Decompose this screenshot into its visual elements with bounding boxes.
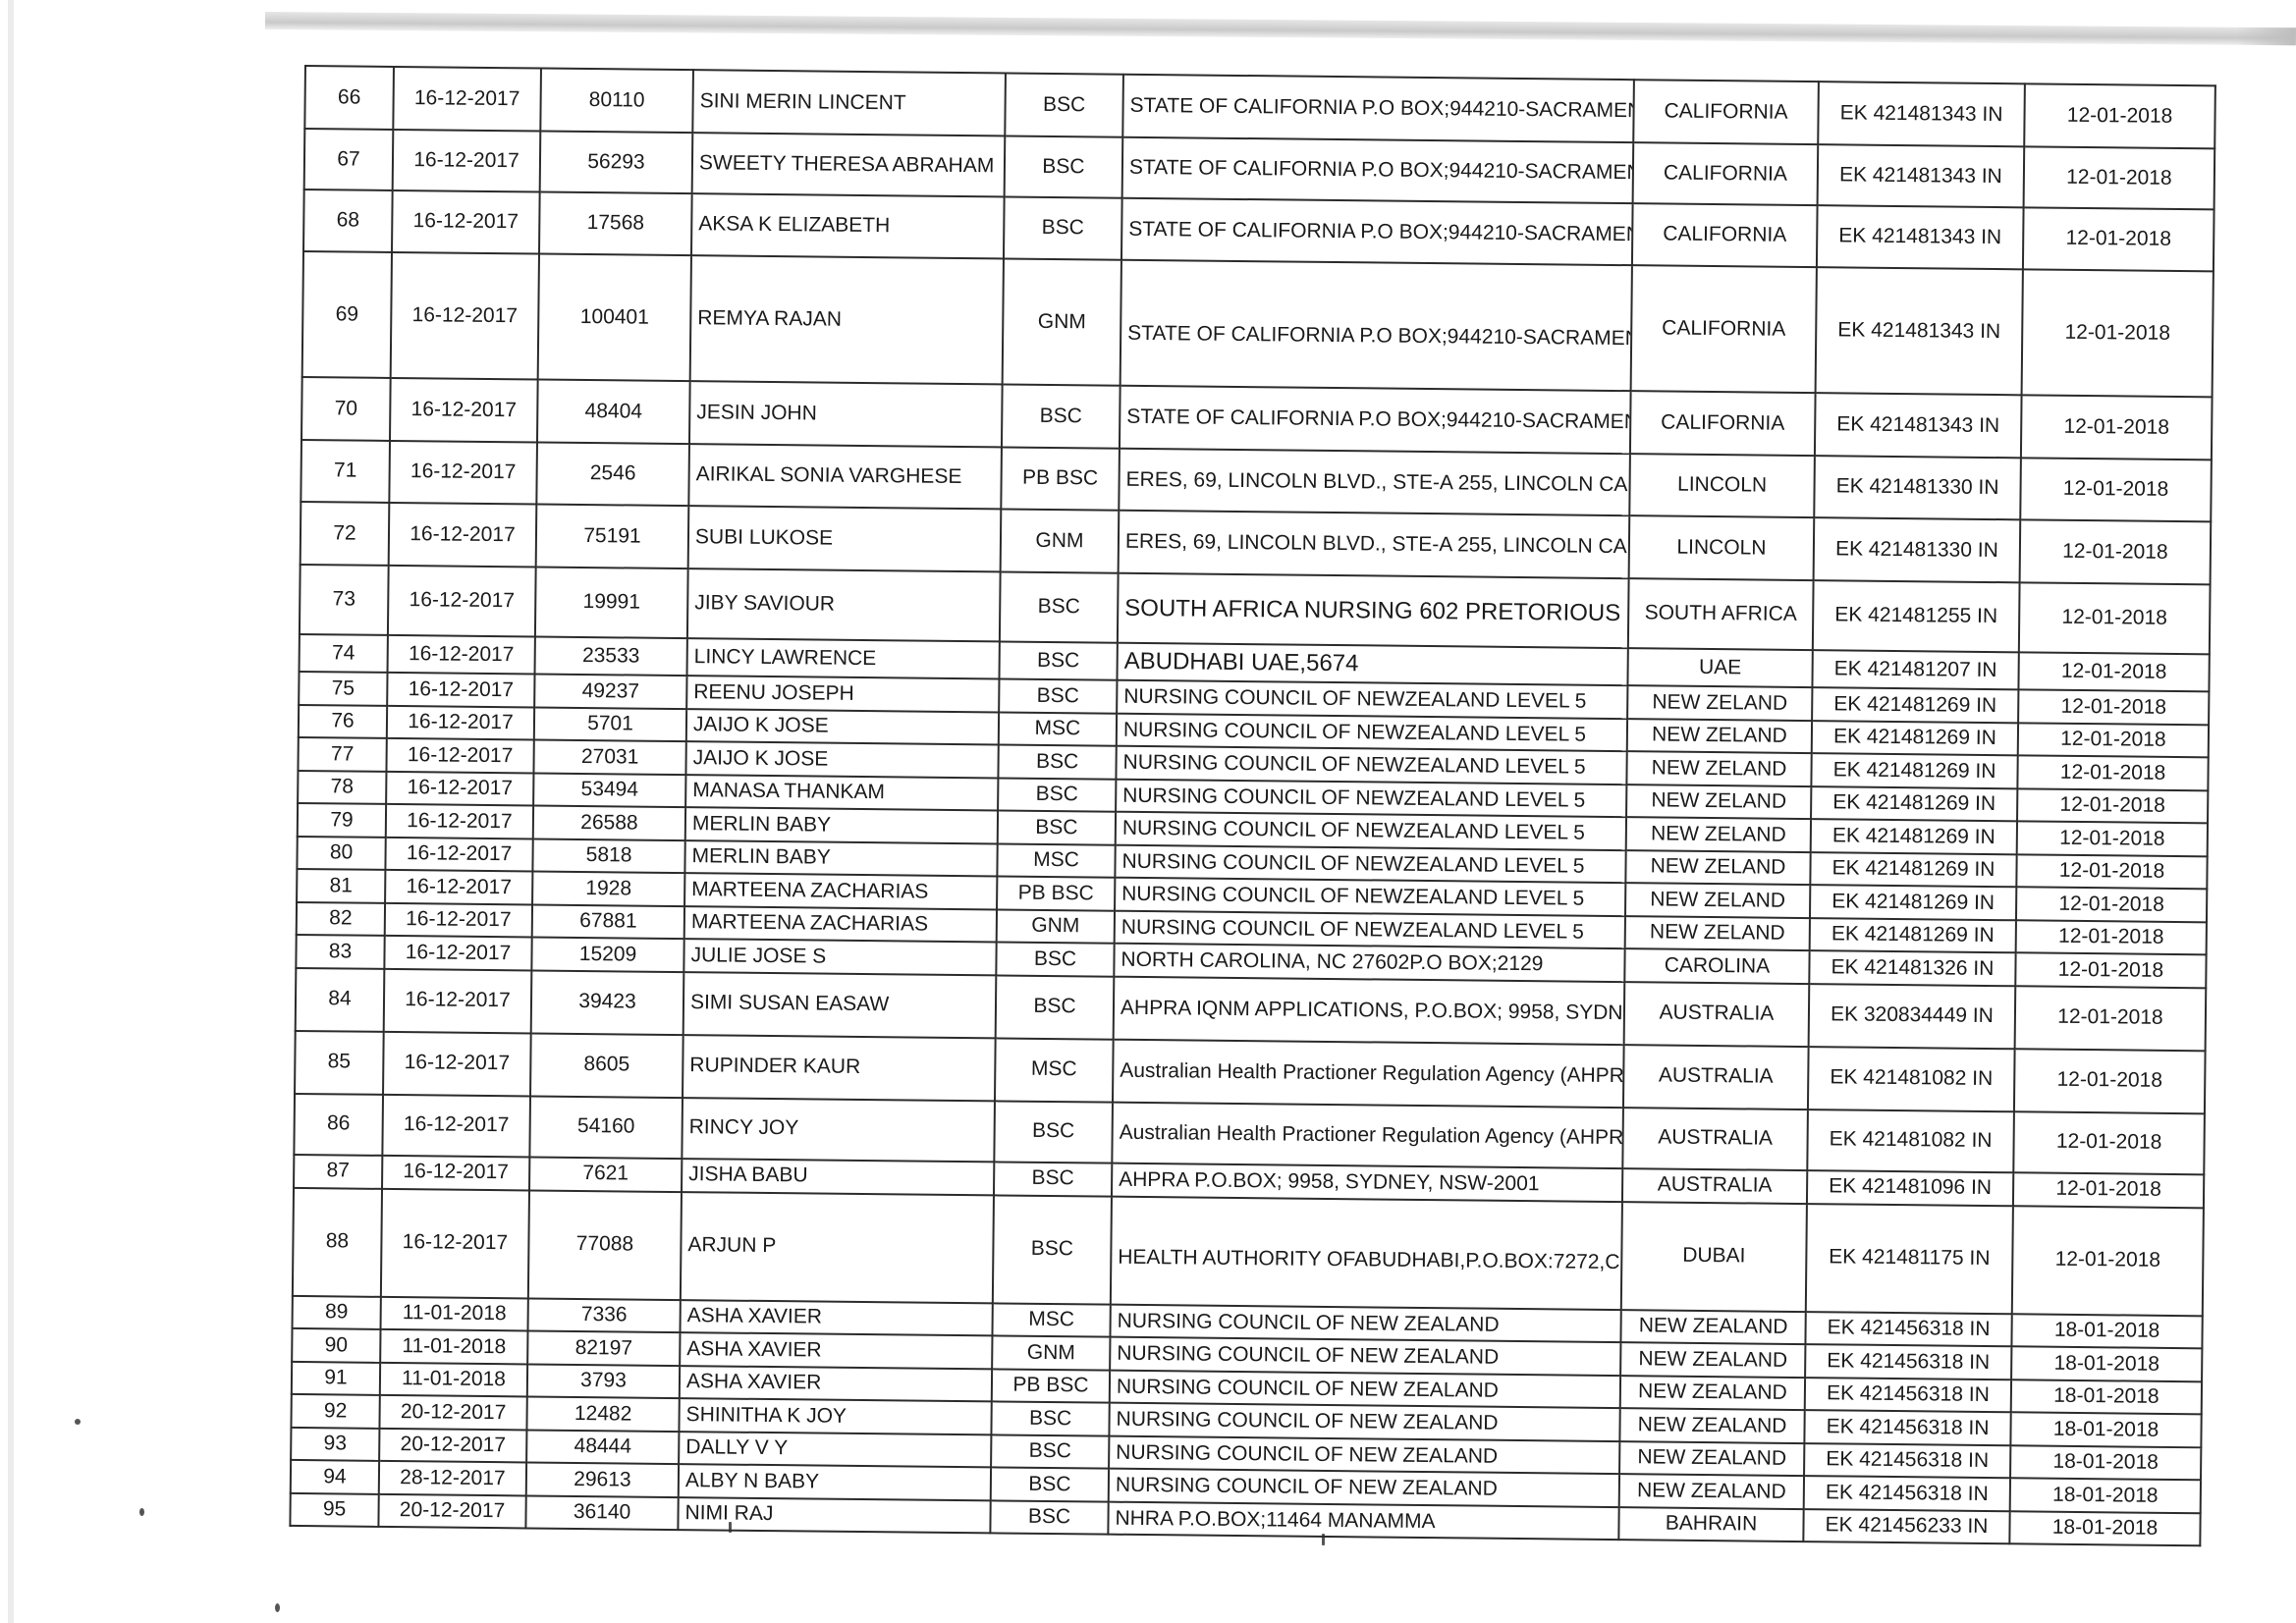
course-cell: BSC — [990, 1500, 1108, 1535]
sent-date-cell: 12-01-2018 — [2017, 755, 2208, 790]
registration-number-cell: 17568 — [539, 192, 692, 256]
registration-number-cell: 53494 — [533, 773, 685, 807]
address-cell: NURSING COUNCIL OF NEWZEALAND LEVEL 5 — [1116, 779, 1626, 817]
tracking-number-cell: EK 421481269 IN — [1811, 819, 2017, 854]
registration-number-cell: 54160 — [529, 1096, 683, 1159]
register-sheet: 6616-12-201780110SINI MERIN LINCENTBSCST… — [289, 65, 2214, 1546]
address-cell: ABUDHABI UAE,5674 — [1117, 643, 1627, 685]
registration-number-cell: 7336 — [528, 1298, 681, 1332]
tracking-number-cell: EK 421481343 IN — [1816, 267, 2023, 395]
registration-number-cell: 77088 — [528, 1190, 682, 1300]
receipt-date-cell: 16-12-2017 — [389, 503, 537, 568]
course-cell: BSC — [994, 1101, 1113, 1163]
course-cell: MSC — [997, 843, 1115, 878]
candidate-name-cell: JESIN JOHN — [689, 381, 1003, 447]
candidate-name-cell: ASHA XAVIER — [680, 1332, 992, 1369]
candidate-name-cell: SWEETY THERESA ABRAHAM — [692, 133, 1006, 196]
address-cell: Australian Health Practioner Regulation … — [1113, 1039, 1624, 1107]
registration-number-cell: 29613 — [526, 1462, 679, 1496]
serial-number-cell: 89 — [293, 1295, 381, 1328]
candidate-name-cell: MERLIN BABY — [685, 807, 998, 843]
course-cell: BSC — [994, 1162, 1112, 1196]
serial-number-cell: 91 — [292, 1361, 380, 1394]
address-cell: NURSING COUNCIL OF NEWZEALAND LEVEL 5 — [1117, 713, 1627, 751]
serial-number-cell: 93 — [291, 1427, 379, 1460]
address-cell: HEALTH AUTHORITY OFABUDHABI,P.O.BOX:7272… — [1111, 1196, 1622, 1309]
sent-date-cell: 18-01-2018 — [2010, 1412, 2201, 1447]
destination-cell: AUSTRALIA — [1622, 1168, 1807, 1204]
receipt-date-cell: 20-12-2017 — [379, 1395, 526, 1430]
tracking-number-cell: EK 421481343 IN — [1818, 144, 2025, 207]
sent-date-cell: 12-01-2018 — [2023, 207, 2214, 271]
receipt-date-cell: 16-12-2017 — [386, 738, 533, 773]
tracking-number-cell: EK 421481343 IN — [1817, 205, 2024, 269]
candidate-name-cell: SHINITHA K JOY — [679, 1398, 991, 1434]
registration-number-cell: 5701 — [534, 707, 686, 741]
address-cell: NURSING COUNCIL OF NEWZEALAND LEVEL 5 — [1115, 878, 1625, 916]
receipt-date-cell: 20-12-2017 — [379, 1428, 526, 1462]
registration-number-cell: 82197 — [527, 1330, 680, 1365]
receipt-date-cell: 16-12-2017 — [385, 902, 532, 937]
destination-cell: UAE — [1627, 648, 1812, 687]
tracking-number-cell: EK 421481082 IN — [1808, 1047, 2015, 1111]
sent-date-cell: 12-01-2018 — [2022, 269, 2214, 397]
destination-cell: BAHRAIN — [1618, 1507, 1803, 1542]
tracking-number-cell: EK 421481343 IN — [1818, 81, 2025, 146]
sent-date-cell: 12-01-2018 — [2015, 986, 2207, 1051]
destination-cell: LINCOLN — [1629, 454, 1815, 517]
receipt-date-cell: 16-12-2017 — [381, 1188, 529, 1298]
table-row: 8816-12-201777088ARJUN PBSCHEALTH AUTHOR… — [293, 1187, 2204, 1315]
serial-number-cell: 75 — [299, 672, 387, 705]
destination-cell: NEW ZEALAND — [1620, 1310, 1805, 1344]
destination-cell: SOUTH AFRICA — [1628, 578, 1814, 650]
candidate-name-cell: ASHA XAVIER — [681, 1300, 993, 1336]
destination-cell: NEW ZEALAND — [1620, 1342, 1805, 1377]
serial-number-cell: 83 — [296, 935, 384, 968]
destination-cell: NEW ZELAND — [1627, 719, 1812, 753]
serial-number-cell: 68 — [303, 189, 393, 252]
serial-number-cell: 71 — [301, 440, 390, 503]
candidate-name-cell: REMYA RAJAN — [690, 255, 1004, 384]
serial-number-cell: 78 — [298, 770, 386, 803]
sent-date-cell: 12-01-2018 — [2016, 887, 2207, 922]
receipt-date-cell: 11-01-2018 — [380, 1362, 527, 1396]
course-cell: PB BSC — [992, 1369, 1110, 1403]
destination-cell: CALIFORNIA — [1632, 203, 1818, 267]
candidate-name-cell: ALBY N BABY — [679, 1464, 991, 1500]
candidate-name-cell: SIMI SUSAN EASAW — [683, 972, 997, 1038]
receipt-date-cell: 16-12-2017 — [393, 130, 541, 192]
course-cell: BSC — [1005, 73, 1123, 136]
serial-number-cell: 67 — [304, 129, 394, 190]
tracking-number-cell: EK 421481255 IN — [1813, 580, 2020, 652]
serial-number-cell: 66 — [304, 66, 394, 130]
tracking-number-cell: EK 421481326 IN — [1809, 950, 2015, 986]
course-cell: BSC — [1004, 196, 1122, 259]
course-cell: BSC — [991, 1467, 1109, 1501]
course-cell: PB BSC — [1001, 447, 1120, 510]
sent-date-cell: 12-01-2018 — [2014, 1049, 2206, 1113]
registration-number-cell: 49237 — [534, 674, 686, 708]
tracking-number-cell: EK 320834449 IN — [1809, 984, 2016, 1049]
receipt-date-cell: 16-12-2017 — [392, 190, 540, 254]
sent-date-cell: 18-01-2018 — [2011, 1314, 2202, 1349]
address-cell: NHRA P.O.BOX;11464 MANAMMA — [1108, 1501, 1618, 1540]
destination-cell: NEW ZEALAND — [1619, 1441, 1804, 1476]
receipt-date-cell: 16-12-2017 — [385, 837, 532, 871]
registration-number-cell: 100401 — [538, 254, 691, 382]
sent-date-cell: 18-01-2018 — [2011, 1346, 2202, 1381]
registration-number-cell: 8605 — [530, 1033, 683, 1098]
tracking-number-cell: EK 421481269 IN — [1810, 885, 2016, 920]
address-cell: NURSING COUNCIL OF NEW ZEALAND — [1109, 1403, 1619, 1441]
scan-shadow-top — [265, 12, 2296, 45]
serial-number-cell: 72 — [301, 502, 390, 566]
receipt-date-cell: 16-12-2017 — [391, 252, 539, 380]
candidate-name-cell: MARTEENA ZACHARIAS — [684, 873, 997, 909]
serial-number-cell: 79 — [298, 803, 386, 837]
candidate-name-cell: JULIE JOSE S — [683, 939, 996, 975]
sent-date-cell: 12-01-2018 — [2018, 723, 2209, 758]
serial-number-cell: 81 — [297, 869, 385, 902]
sent-date-cell: 12-01-2018 — [2018, 689, 2209, 725]
sent-date-cell: 18-01-2018 — [2009, 1511, 2200, 1546]
dispatch-register-table: 6616-12-201780110SINI MERIN LINCENTBSCST… — [289, 65, 2215, 1546]
sent-date-cell: 18-01-2018 — [2011, 1380, 2202, 1415]
receipt-date-cell: 16-12-2017 — [383, 1031, 531, 1096]
destination-cell: NEW ZELAND — [1626, 784, 1811, 819]
scan-speck — [275, 1603, 280, 1612]
sent-date-cell: 12-01-2018 — [2016, 920, 2207, 955]
address-cell: NURSING COUNCIL OF NEWZEALAND LEVEL 5 — [1117, 680, 1627, 719]
course-cell: BSC — [999, 678, 1117, 713]
candidate-name-cell: ASHA XAVIER — [680, 1366, 992, 1402]
tracking-number-cell: EK 421481096 IN — [1807, 1170, 2013, 1206]
course-cell: BSC — [993, 1195, 1112, 1304]
registration-number-cell: 27031 — [533, 739, 685, 774]
sent-date-cell: 18-01-2018 — [2010, 1445, 2201, 1481]
course-cell: BSC — [991, 1434, 1109, 1469]
address-cell: NURSING COUNCIL OF NEWZEALAND LEVEL 5 — [1115, 844, 1625, 883]
serial-number-cell: 95 — [290, 1492, 378, 1526]
sent-date-cell: 12-01-2018 — [2016, 854, 2207, 890]
sent-date-cell: 12-01-2018 — [2017, 788, 2208, 824]
sent-date-cell: 12-01-2018 — [2015, 952, 2206, 988]
address-cell: STATE OF CALIFORNIA P.O BOX;944210-SACRA… — [1120, 386, 1631, 454]
receipt-date-cell: 16-12-2017 — [390, 378, 538, 443]
candidate-name-cell: NIMI RAJ — [678, 1497, 990, 1534]
registration-number-cell: 15209 — [531, 937, 683, 971]
registration-number-cell: 5818 — [532, 839, 684, 873]
tracking-number-cell: EK 421481269 IN — [1810, 918, 2016, 953]
serial-number-cell: 94 — [291, 1460, 379, 1493]
destination-cell: NEW ZEALAND — [1620, 1376, 1805, 1410]
address-cell: NURSING COUNCIL OF NEW ZEALAND — [1109, 1435, 1619, 1474]
registration-number-cell: 19991 — [535, 567, 688, 638]
course-cell: GNM — [997, 909, 1115, 944]
serial-number-cell: 80 — [297, 836, 385, 869]
address-cell: AHPRA P.O.BOX; 9958, SYDNEY, NSW-2001 — [1112, 1163, 1622, 1201]
receipt-date-cell: 16-12-2017 — [387, 673, 534, 707]
receipt-date-cell: 16-12-2017 — [385, 870, 532, 904]
serial-number-cell: 76 — [299, 704, 387, 737]
candidate-name-cell: LINCY LAWRENCE — [687, 638, 1000, 678]
receipt-date-cell: 16-12-2017 — [386, 771, 533, 805]
candidate-name-cell: AKSA K ELIZABETH — [691, 193, 1005, 258]
receipt-date-cell: 16-12-2017 — [382, 1155, 529, 1190]
candidate-name-cell: MANASA THANKAM — [685, 775, 998, 811]
tracking-number-cell: EK 421481082 IN — [1807, 1109, 2014, 1172]
tracking-number-cell: EK 421481269 IN — [1810, 852, 2016, 888]
destination-cell: NEW ZEALAND — [1619, 1408, 1804, 1442]
course-cell: PB BSC — [997, 876, 1115, 910]
tracking-number-cell: EK 421456318 IN — [1805, 1378, 2011, 1413]
candidate-name-cell: JIBY SAVIOUR — [687, 568, 1001, 641]
serial-number-cell: 77 — [298, 737, 386, 771]
destination-cell: NEW ZELAND — [1627, 685, 1812, 720]
candidate-name-cell: JISHA BABU — [682, 1159, 994, 1195]
sent-date-cell: 12-01-2018 — [2019, 582, 2211, 654]
address-cell: NURSING COUNCIL OF NEWZEALAND LEVEL 5 — [1116, 746, 1626, 784]
serial-number-cell: 70 — [301, 377, 391, 441]
receipt-date-cell: 11-01-2018 — [381, 1296, 528, 1330]
registration-number-cell: 23533 — [535, 636, 687, 676]
serial-number-cell: 69 — [302, 251, 392, 378]
registration-number-cell: 75191 — [536, 504, 689, 568]
serial-number-cell: 90 — [292, 1328, 380, 1362]
candidate-name-cell: REENU JOSEPH — [686, 676, 999, 712]
registration-number-cell: 56293 — [540, 132, 693, 194]
receipt-date-cell: 16-12-2017 — [389, 441, 537, 505]
address-cell: NURSING COUNCIL OF NEWZEALAND LEVEL 5 — [1115, 910, 1625, 948]
tracking-number-cell: EK 421456318 IN — [1804, 1410, 2010, 1445]
course-cell: MSC — [992, 1303, 1110, 1337]
destination-cell: AUSTRALIA — [1624, 982, 1810, 1047]
course-cell: BSC — [999, 641, 1117, 679]
receipt-date-cell: 16-12-2017 — [382, 1094, 530, 1157]
address-cell: NURSING COUNCIL OF NEW ZEALAND — [1110, 1370, 1620, 1408]
destination-cell: NEW ZELAND — [1625, 916, 1810, 950]
address-cell: NURSING COUNCIL OF NEWZEALAND LEVEL 5 — [1116, 812, 1626, 850]
address-cell: STATE OF CALIFORNIA P.O BOX;944210-SACRA… — [1122, 137, 1634, 203]
receipt-date-cell: 16-12-2017 — [388, 635, 535, 675]
tracking-number-cell: EK 421456318 IN — [1804, 1443, 2010, 1479]
tracking-number-cell: EK 421481269 IN — [1812, 721, 2018, 756]
destination-cell: DUBAI — [1621, 1202, 1807, 1312]
destination-cell: NEW ZELAND — [1625, 883, 1810, 917]
sent-date-cell: 12-01-2018 — [2020, 519, 2212, 584]
destination-cell: NEW ZELAND — [1626, 817, 1811, 851]
destination-cell: AUSTRALIA — [1623, 1045, 1809, 1109]
serial-number-cell: 73 — [300, 565, 389, 635]
receipt-date-cell: 20-12-2017 — [378, 1493, 525, 1528]
registration-number-cell: 39423 — [531, 970, 684, 1035]
course-cell: BSC — [998, 810, 1116, 844]
candidate-name-cell: RUPINDER KAUR — [683, 1035, 996, 1101]
address-cell: NORTH CAROLINA, NC 27602P.O BOX;2129 — [1114, 944, 1624, 982]
sent-date-cell: 12-01-2018 — [2013, 1172, 2204, 1208]
course-cell: BSC — [998, 778, 1116, 812]
registration-number-cell: 3793 — [527, 1364, 680, 1398]
destination-cell: AUSTRALIA — [1622, 1108, 1808, 1170]
address-cell: NURSING COUNCIL OF NEW ZEALAND — [1110, 1337, 1620, 1376]
sent-date-cell: 12-01-2018 — [2018, 652, 2209, 691]
sent-date-cell: 12-01-2018 — [2024, 146, 2215, 209]
tracking-number-cell: EK 421481175 IN — [1806, 1204, 2013, 1314]
candidate-name-cell: MERLIN BABY — [684, 840, 997, 877]
course-cell: MSC — [995, 1038, 1114, 1102]
destination-cell: NEW ZELAND — [1626, 751, 1811, 785]
tracking-number-cell: EK 421456233 IN — [1803, 1509, 2009, 1544]
course-cell: BSC — [1002, 384, 1121, 448]
receipt-date-cell: 16-12-2017 — [384, 936, 531, 970]
scan-speck — [139, 1508, 144, 1516]
receipt-date-cell: 16-12-2017 — [387, 705, 534, 739]
table-row: 6916-12-2017100401REMYA RAJANGNMSTATE OF… — [302, 251, 2214, 397]
course-cell: GNM — [992, 1335, 1110, 1370]
serial-number-cell: 92 — [291, 1394, 379, 1428]
address-cell: ERES, 69, LINCOLN BLVD., STE-A 255, LINC… — [1119, 449, 1630, 515]
tracking-number-cell: EK 421481269 IN — [1811, 753, 2017, 788]
sent-date-cell: 12-01-2018 — [2021, 395, 2213, 460]
address-cell: SOUTH AFRICA NURSING 602 PRETORIOUS PRET… — [1118, 573, 1629, 648]
address-cell: Australian Health Practioner Regulation … — [1112, 1102, 1623, 1167]
tracking-number-cell: EK 421481207 IN — [1812, 650, 2018, 689]
candidate-name-cell: JAIJO K JOSE — [685, 741, 998, 778]
course-cell: BSC — [1000, 571, 1119, 642]
sent-date-cell: 12-01-2018 — [2024, 83, 2215, 148]
serial-number-cell: 87 — [294, 1154, 382, 1188]
receipt-date-cell: 16-12-2017 — [393, 67, 541, 132]
serial-number-cell: 74 — [300, 634, 388, 673]
candidate-name-cell: ARJUN P — [681, 1192, 994, 1303]
registration-number-cell: 12482 — [526, 1396, 679, 1431]
destination-cell: NEW ZELAND — [1625, 850, 1810, 885]
candidate-name-cell: MARTEENA ZACHARIAS — [684, 906, 997, 943]
sent-date-cell: 12-01-2018 — [2020, 458, 2212, 521]
serial-number-cell: 88 — [293, 1187, 382, 1296]
receipt-date-cell: 16-12-2017 — [384, 968, 532, 1033]
tracking-number-cell: EK 421481343 IN — [1815, 393, 2022, 458]
destination-cell: CALIFORNIA — [1633, 142, 1819, 205]
registration-number-cell: 48404 — [537, 380, 690, 445]
candidate-name-cell: AIRIKAL SONIA VARGHESE — [688, 444, 1002, 509]
address-cell: ERES, 69, LINCOLN BLVD., STE-A 255, LINC… — [1119, 511, 1630, 578]
registration-number-cell: 7621 — [529, 1157, 682, 1192]
registration-number-cell: 80110 — [540, 69, 693, 134]
serial-number-cell: 84 — [296, 967, 385, 1031]
course-cell: BSC — [998, 744, 1116, 779]
destination-cell: CALIFORNIA — [1630, 391, 1816, 456]
destination-cell: LINCOLN — [1629, 515, 1815, 580]
course-cell: BSC — [991, 1401, 1109, 1435]
tracking-number-cell: EK 421481269 IN — [1812, 687, 2018, 723]
sent-date-cell: 18-01-2018 — [2010, 1478, 2201, 1513]
candidate-name-cell: DALLY V Y — [679, 1432, 991, 1468]
receipt-date-cell: 16-12-2017 — [386, 804, 533, 839]
candidate-name-cell: SUBI LUKOSE — [688, 506, 1002, 571]
tracking-number-cell: EK 421456318 IN — [1805, 1344, 2011, 1380]
course-cell: MSC — [999, 712, 1117, 746]
scan-speck — [75, 1419, 81, 1425]
candidate-name-cell: RINCY JOY — [682, 1098, 995, 1162]
registration-number-cell: 26588 — [533, 805, 685, 839]
candidate-name-cell: SINI MERIN LINCENT — [692, 70, 1006, 135]
tracking-number-cell: EK 421456318 IN — [1805, 1312, 2011, 1347]
sent-date-cell: 12-01-2018 — [2012, 1206, 2204, 1316]
course-cell: GNM — [1001, 509, 1120, 572]
destination-cell: CALIFORNIA — [1633, 80, 1819, 144]
tracking-number-cell: EK 421481330 IN — [1814, 517, 2021, 582]
registration-number-cell: 48444 — [526, 1430, 679, 1464]
destination-cell: NEW ZEALAND — [1619, 1474, 1804, 1508]
receipt-date-cell: 16-12-2017 — [388, 566, 536, 637]
address-cell: STATE OF CALIFORNIA P.O BOX;944210-SACRA… — [1122, 75, 1634, 142]
address-cell: AHPRA IQNM APPLICATIONS, P.O.BOX; 9958, … — [1114, 976, 1625, 1044]
address-cell: NURSING COUNCIL OF NEW ZEALAND — [1109, 1469, 1619, 1507]
tracking-number-cell: EK 421481269 IN — [1811, 786, 2017, 822]
address-cell: NURSING COUNCIL OF NEW ZEALAND — [1110, 1304, 1620, 1342]
serial-number-cell: 82 — [297, 901, 385, 935]
registration-number-cell: 2546 — [536, 443, 689, 507]
serial-number-cell: 85 — [295, 1030, 384, 1094]
course-cell: BSC — [996, 942, 1114, 976]
scan-shadow-left — [8, 0, 14, 1623]
registration-number-cell: 36140 — [525, 1495, 678, 1530]
receipt-date-cell: 28-12-2017 — [379, 1461, 526, 1495]
receipt-date-cell: 11-01-2018 — [380, 1329, 527, 1364]
tracking-number-cell: EK 421456318 IN — [1804, 1476, 2010, 1511]
address-cell: STATE OF CALIFORNIA P.O BOX;944210-SACRA… — [1121, 198, 1633, 265]
candidate-name-cell: JAIJO K JOSE — [686, 709, 999, 745]
address-cell: STATE OF CALIFORNIA P.O BOX;944210-SACRA… — [1121, 260, 1632, 391]
course-cell: BSC — [996, 975, 1115, 1039]
sent-date-cell: 12-01-2018 — [2013, 1111, 2205, 1174]
course-cell: BSC — [1005, 135, 1123, 197]
destination-cell: CAROLINA — [1624, 948, 1809, 983]
serial-number-cell: 86 — [294, 1093, 383, 1155]
registration-number-cell: 67881 — [532, 904, 684, 939]
destination-cell: CALIFORNIA — [1631, 265, 1817, 393]
course-cell: GNM — [1003, 258, 1121, 385]
registration-number-cell: 1928 — [532, 871, 684, 905]
sent-date-cell: 12-01-2018 — [2017, 821, 2208, 856]
tracking-number-cell: EK 421481330 IN — [1814, 456, 2021, 519]
